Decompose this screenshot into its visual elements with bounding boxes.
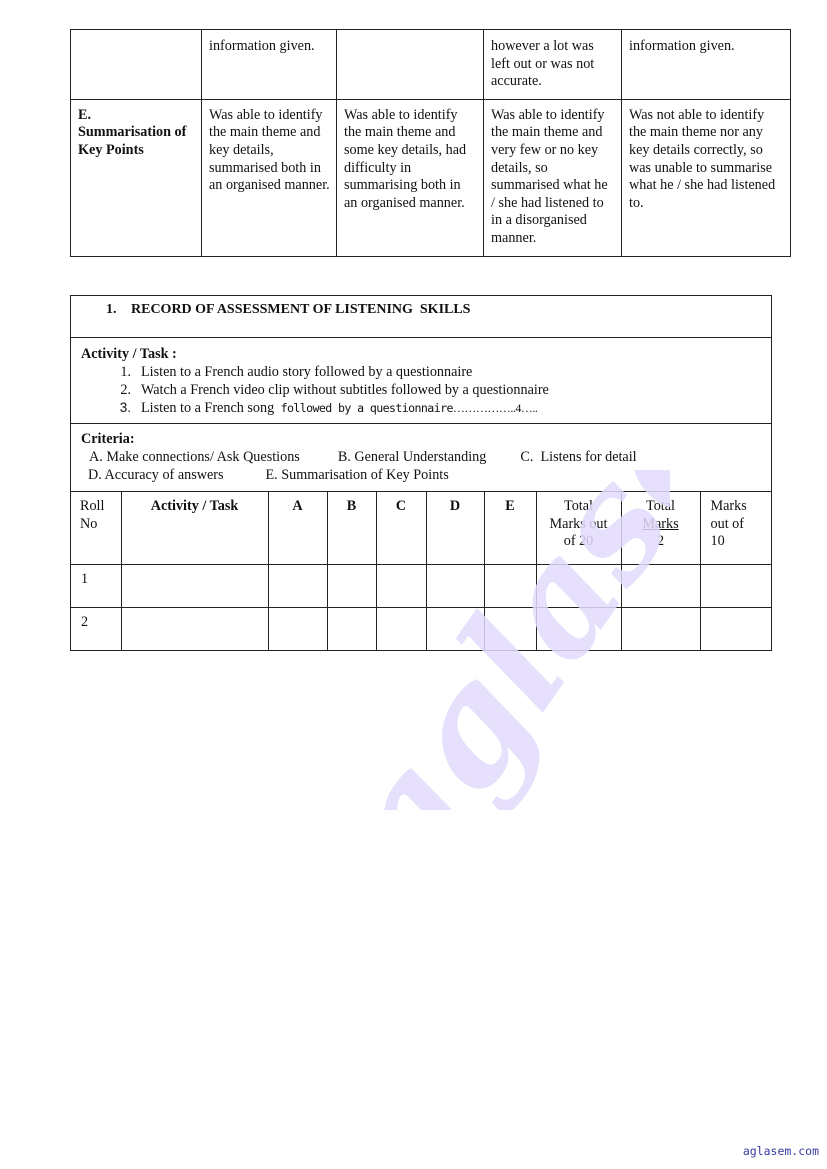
- marks-header-row: RollNo Activity / Task A B C D E TotalMa…: [71, 492, 771, 565]
- criteria-label: Criteria:: [81, 430, 761, 448]
- score-cell-e[interactable]: [484, 608, 536, 651]
- header-b: B: [327, 492, 376, 565]
- rubric-row-continued: information given. however a lot was lef…: [71, 30, 791, 100]
- rubric-criterion-cell: [71, 30, 202, 100]
- activity-section: Activity / Task : 1.Listen to a French a…: [71, 338, 771, 424]
- score-cell-c[interactable]: [376, 608, 426, 651]
- out-of-10-cell[interactable]: [700, 608, 771, 651]
- header-total-2: TotalMarks2: [621, 492, 700, 565]
- activity-label: Activity / Task :: [81, 345, 761, 363]
- record-of-assessment: 1.RECORD OF ASSESSMENT OF LISTENING SKIL…: [70, 295, 772, 651]
- activity-cell[interactable]: [121, 565, 268, 608]
- score-cell-b[interactable]: [327, 608, 376, 651]
- rubric-row-summarisation: E. Summarisation of Key Points Was able …: [71, 99, 791, 256]
- header-c: C: [376, 492, 426, 565]
- record-title-text: RECORD OF ASSESSMENT OF LISTENING SKILLS: [131, 302, 470, 317]
- out-of-10-cell[interactable]: [700, 565, 771, 608]
- activity-item: 3.Listen to a French song followed by a …: [107, 399, 761, 417]
- activity-list: 1.Listen to a French audio story followe…: [81, 363, 761, 417]
- total-2-cell[interactable]: [621, 565, 700, 608]
- criterion-name-line: Key Points: [78, 142, 195, 160]
- score-cell-d[interactable]: [426, 608, 484, 651]
- header-activity: Activity / Task: [121, 492, 268, 565]
- header-roll-no: RollNo: [71, 492, 121, 565]
- total-20-cell[interactable]: [536, 608, 621, 651]
- criteria-row: D. Accuracy of answersE. Summarisation o…: [81, 466, 761, 484]
- rubric-cell: Was able to identify the main theme and …: [202, 99, 337, 256]
- table-row: 1: [71, 565, 771, 608]
- header-total-20: TotalMarks outof 20: [536, 492, 621, 565]
- rubric-criterion-cell: E. Summarisation of Key Points: [71, 99, 202, 256]
- total-2-cell[interactable]: [621, 608, 700, 651]
- table-row: 2: [71, 608, 771, 651]
- criterion-name-line: Summarisation of: [78, 124, 195, 142]
- rubric-cell: Was not able to identify the main theme …: [622, 99, 791, 256]
- record-title: 1.RECORD OF ASSESSMENT OF LISTENING SKIL…: [71, 296, 771, 338]
- header-d: D: [426, 492, 484, 565]
- rubric-cell: however a lot was left out or was not ac…: [484, 30, 622, 100]
- header-out-of-10: Marksout of10: [700, 492, 771, 565]
- rubric-table: information given. however a lot was lef…: [70, 29, 791, 257]
- header-a: A: [268, 492, 327, 565]
- score-cell-e[interactable]: [484, 565, 536, 608]
- marks-table: RollNo Activity / Task A B C D E TotalMa…: [71, 492, 771, 650]
- score-cell-d[interactable]: [426, 565, 484, 608]
- activity-cell[interactable]: [121, 608, 268, 651]
- rubric-cell: Was able to identify the main theme and …: [337, 99, 484, 256]
- rubric-cell: information given.: [202, 30, 337, 100]
- score-cell-b[interactable]: [327, 565, 376, 608]
- footer-site-link[interactable]: aglasem.com: [743, 1144, 819, 1158]
- header-e: E: [484, 492, 536, 565]
- roll-cell: 1: [71, 565, 121, 608]
- activity-item: 2.Watch a French video clip without subt…: [107, 381, 761, 399]
- score-cell-a[interactable]: [268, 565, 327, 608]
- roll-cell: 2: [71, 608, 121, 651]
- criteria-section: Criteria: A. Make connections/ Ask Quest…: [71, 424, 771, 492]
- score-cell-a[interactable]: [268, 608, 327, 651]
- rubric-cell: [337, 30, 484, 100]
- score-cell-c[interactable]: [376, 565, 426, 608]
- criteria-row: A. Make connections/ Ask QuestionsB. Gen…: [81, 448, 761, 466]
- activity-item: 1.Listen to a French audio story followe…: [107, 363, 761, 381]
- rubric-cell: information given.: [622, 30, 791, 100]
- criterion-letter: E.: [78, 107, 195, 125]
- record-title-number: 1.: [106, 302, 131, 318]
- rubric-cell: Was able to identify the main theme and …: [484, 99, 622, 256]
- total-20-cell[interactable]: [536, 565, 621, 608]
